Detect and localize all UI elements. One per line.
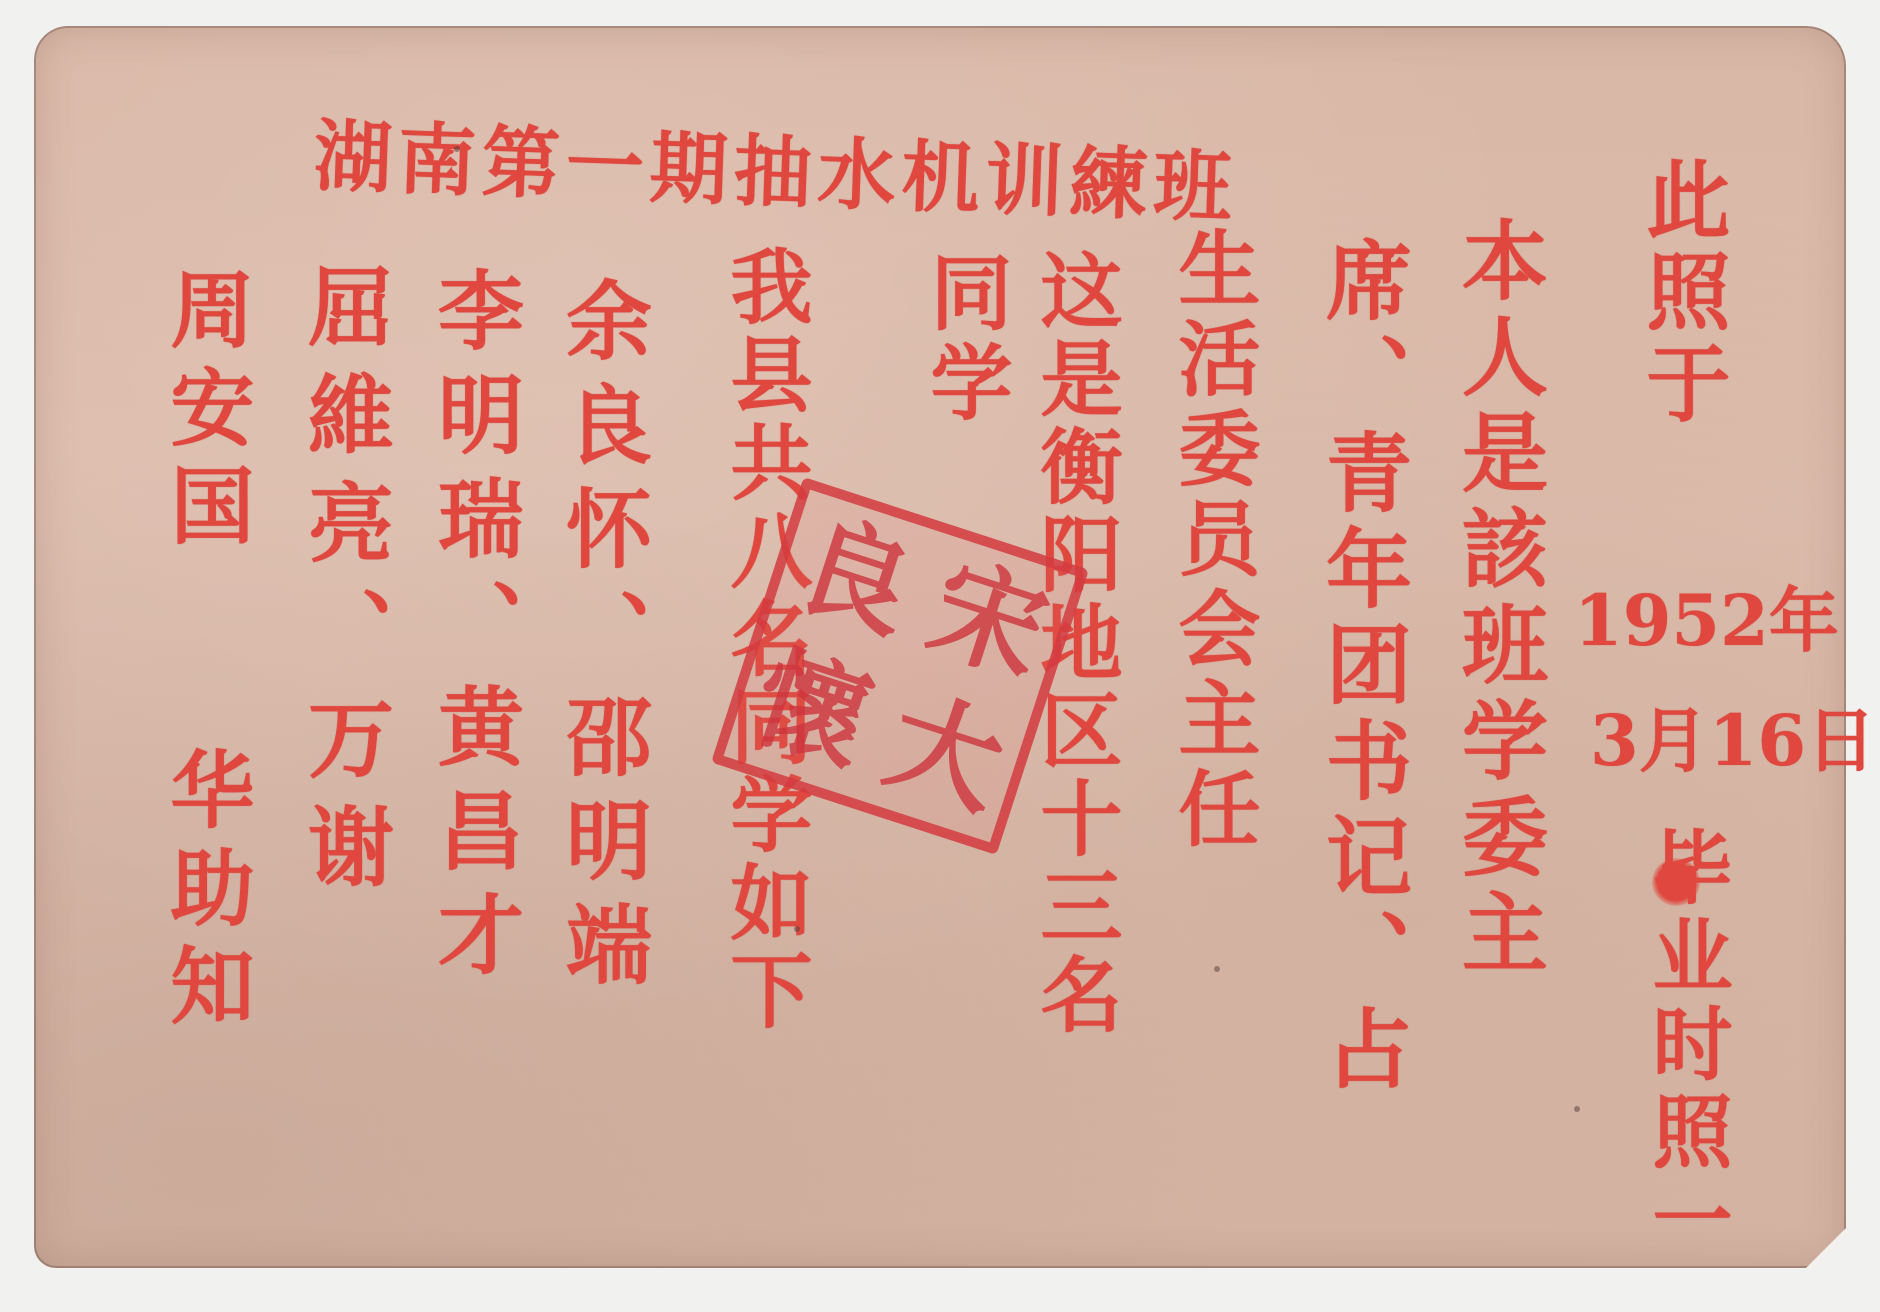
inscription-column-classmates: 同学 xyxy=(924,250,1006,430)
scanned-photo-back: 湖南第一期抽水机训練班 此照于 1952年 3月16日 毕业时照一 本人是該班学… xyxy=(0,0,1880,1312)
inscription-column-role-1: 本人是該班学委主 xyxy=(1454,216,1540,984)
ink-blot xyxy=(1652,858,1700,906)
inscription-names-column-5: 华助知 xyxy=(164,746,248,1040)
photo-card-back: 湖南第一期抽水机训練班 此照于 1952年 3月16日 毕业时照一 本人是該班学… xyxy=(34,26,1846,1268)
paper-speck xyxy=(454,146,460,152)
inscription-column-role-3: 生活委员会主任 xyxy=(1172,226,1254,856)
inscription-column-photo-taken: 此照于 xyxy=(1640,156,1724,432)
inscription-date-month-day: 3月16日 xyxy=(1590,706,1876,776)
inscription-column-role-2: 席、青年团书记、占 xyxy=(1318,236,1404,1100)
inscription-names-column-2: 李明瑞、黄昌才 xyxy=(430,266,516,994)
inscription-names-column-4: 周安国 xyxy=(164,266,248,560)
inscription-names-column-1: 余良怀、邵明端 xyxy=(558,276,644,1004)
paper-speck xyxy=(1574,1106,1580,1112)
paper-speck xyxy=(1214,966,1220,972)
paper-speck xyxy=(794,926,800,932)
inscription-title: 湖南第一期抽水机训練班 xyxy=(313,118,1239,228)
inscription-date-year: 1952年 xyxy=(1574,586,1839,656)
inscription-names-column-3: 屈維亮、万谢 xyxy=(300,262,386,910)
